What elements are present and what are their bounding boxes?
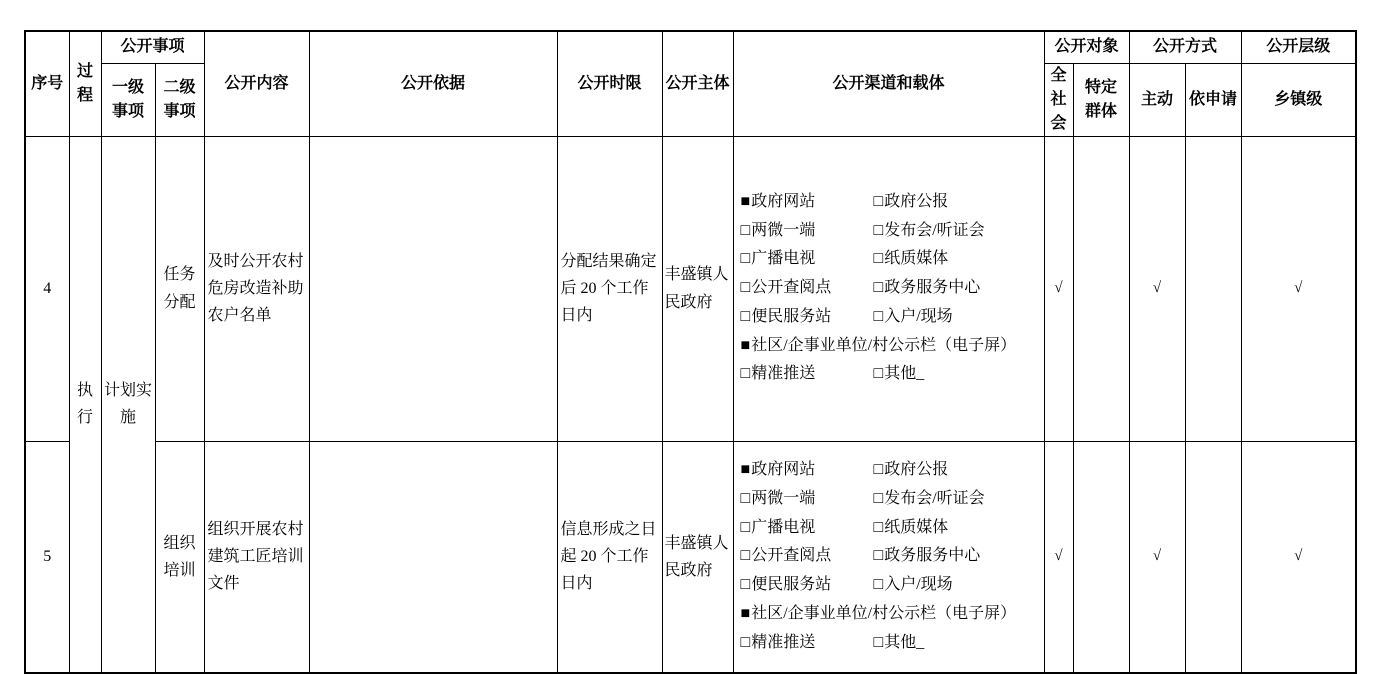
checkbox-empty-icon: □ — [741, 250, 751, 267]
checkbox-empty-icon: □ — [741, 365, 751, 382]
channel-label: 便民服务站 — [751, 576, 831, 593]
specific-groups-check — [1073, 441, 1129, 673]
channel-item: ■政府网站 — [741, 456, 874, 485]
table-row: 4 执行 计划实施 任务分配 及时公开农村危房改造补助农户名单 分配结果确定后 … — [25, 136, 1356, 441]
channel-label: 纸质媒体 — [884, 250, 948, 267]
checkbox-empty-icon: □ — [874, 308, 884, 325]
channel-label: 其他_ — [884, 365, 924, 382]
checkbox-empty-icon: □ — [874, 461, 884, 478]
checkbox-empty-icon: □ — [874, 193, 884, 210]
process-cell: 执行 — [69, 136, 101, 673]
channels-list: ■政府网站 □政府公报 □两微一端 □发布会/听证会 □广播电视 □纸质媒体 □… — [741, 188, 1042, 390]
channel-item: □广播电视 — [741, 245, 874, 274]
subject-cell: 丰盛镇人民政府 — [662, 136, 733, 441]
checkbox-empty-icon: □ — [741, 547, 751, 564]
channel-item: □公开查阅点 — [741, 542, 874, 571]
township-level-check: √ — [1241, 441, 1356, 673]
on-request-check — [1185, 441, 1241, 673]
checkbox-empty-icon: □ — [874, 576, 884, 593]
channels-cell: ■政府网站 □政府公报 □两微一端 □发布会/听证会 □广播电视 □纸质媒体 □… — [733, 441, 1044, 673]
channel-item: □入户/现场 — [874, 303, 1042, 332]
channel-label: 政务服务中心 — [884, 279, 980, 296]
channel-item: □政府公报 — [874, 188, 1042, 217]
channel-item: □公开查阅点 — [741, 274, 874, 303]
checkbox-empty-icon: □ — [874, 279, 884, 296]
col-header-disclosure-items: 公开事项 — [101, 31, 204, 63]
channel-item: ■政府网站 — [741, 188, 874, 217]
channel-item: ■社区/企事业单位/村公示栏（电子屏） — [741, 332, 1042, 361]
channel-item: □发布会/听证会 — [874, 217, 1042, 246]
table-row: 5 组织培训 组织开展农村建筑工匠培训文件 信息形成之日起 20 个工作日内 丰… — [25, 441, 1356, 673]
col-header-content: 公开内容 — [204, 31, 309, 136]
checkbox-checked-icon: ■ — [741, 337, 751, 354]
channel-label: 发布会/听证会 — [884, 222, 984, 239]
col-header-serial: 序号 — [25, 31, 69, 136]
document-page: 序号 过程 公开事项 公开内容 公开依据 公开时限 公开主体 公开渠道和载体 公… — [0, 0, 1375, 674]
col-header-on-request: 依申请 — [1185, 63, 1241, 136]
time-limit-cell: 分配结果确定后 20 个工作日内 — [557, 136, 662, 441]
channel-item: □两微一端 — [741, 485, 874, 514]
whole-society-check: √ — [1044, 136, 1073, 441]
header-row-top: 序号 过程 公开事项 公开内容 公开依据 公开时限 公开主体 公开渠道和载体 公… — [25, 31, 1356, 63]
channel-item: □精准推送 — [741, 629, 874, 658]
col-header-specific-groups: 特定群体 — [1073, 63, 1129, 136]
col-header-level: 公开层级 — [1241, 31, 1356, 63]
col-header-time-limit: 公开时限 — [557, 31, 662, 136]
serial-cell: 4 — [25, 136, 69, 441]
channel-item: □便民服务站 — [741, 303, 874, 332]
on-request-check — [1185, 136, 1241, 441]
level2-item-cell: 任务分配 — [155, 136, 204, 441]
channel-label: 政务服务中心 — [884, 547, 980, 564]
channel-label: 政府网站 — [751, 461, 815, 478]
checkbox-empty-icon: □ — [741, 279, 751, 296]
checkbox-checked-icon: ■ — [741, 605, 751, 622]
channel-item: □政府公报 — [874, 456, 1042, 485]
content-cell: 及时公开农村危房改造补助农户名单 — [204, 136, 309, 441]
col-header-whole-society: 全社会 — [1044, 63, 1073, 136]
proactive-check: √ — [1129, 441, 1185, 673]
channel-item: □政务服务中心 — [874, 542, 1042, 571]
channel-label: 入户/现场 — [884, 576, 952, 593]
channel-item: □发布会/听证会 — [874, 485, 1042, 514]
proactive-check: √ — [1129, 136, 1185, 441]
channels-list: ■政府网站 □政府公报 □两微一端 □发布会/听证会 □广播电视 □纸质媒体 □… — [741, 456, 1042, 658]
col-header-subject: 公开主体 — [662, 31, 733, 136]
checkbox-empty-icon: □ — [741, 490, 751, 507]
channel-label: 政府公报 — [884, 193, 948, 210]
legal-basis-cell — [309, 441, 557, 673]
channel-item: □广播电视 — [741, 514, 874, 543]
channel-label: 便民服务站 — [751, 308, 831, 325]
checkbox-empty-icon: □ — [874, 365, 884, 382]
level1-item-cell: 计划实施 — [101, 136, 155, 673]
channel-label: 发布会/听证会 — [884, 490, 984, 507]
township-level-check: √ — [1241, 136, 1356, 441]
checkbox-empty-icon: □ — [874, 547, 884, 564]
channel-label: 两微一端 — [751, 490, 815, 507]
checkbox-empty-icon: □ — [741, 634, 751, 651]
checkbox-empty-icon: □ — [874, 222, 884, 239]
checkbox-empty-icon: □ — [874, 250, 884, 267]
channel-label: 精准推送 — [751, 365, 815, 382]
legal-basis-cell — [309, 136, 557, 441]
channel-item: □纸质媒体 — [874, 245, 1042, 274]
checkbox-checked-icon: ■ — [741, 193, 751, 210]
channel-item: □入户/现场 — [874, 571, 1042, 600]
col-header-method: 公开方式 — [1129, 31, 1241, 63]
col-header-basis: 公开依据 — [309, 31, 557, 136]
channel-label: 社区/企事业单位/村公示栏（电子屏） — [751, 337, 1016, 354]
checkbox-empty-icon: □ — [874, 519, 884, 536]
channel-label: 社区/企事业单位/村公示栏（电子屏） — [751, 605, 1016, 622]
time-limit-cell: 信息形成之日起 20 个工作日内 — [557, 441, 662, 673]
checkbox-empty-icon: □ — [741, 222, 751, 239]
channel-item: □两微一端 — [741, 217, 874, 246]
col-header-audience: 公开对象 — [1044, 31, 1129, 63]
channel-label: 入户/现场 — [884, 308, 952, 325]
channel-label: 精准推送 — [751, 634, 815, 651]
whole-society-check: √ — [1044, 441, 1073, 673]
channel-label: 政府网站 — [751, 193, 815, 210]
channel-label: 政府公报 — [884, 461, 948, 478]
channel-item: □政务服务中心 — [874, 274, 1042, 303]
disclosure-table: 序号 过程 公开事项 公开内容 公开依据 公开时限 公开主体 公开渠道和载体 公… — [24, 30, 1357, 674]
specific-groups-check — [1073, 136, 1129, 441]
col-header-township-level: 乡镇级 — [1241, 63, 1356, 136]
channel-label: 公开查阅点 — [751, 279, 831, 296]
channel-label: 广播电视 — [751, 519, 815, 536]
content-cell: 组织开展农村建筑工匠培训文件 — [204, 441, 309, 673]
checkbox-empty-icon: □ — [874, 634, 884, 651]
channel-label: 广播电视 — [751, 250, 815, 267]
channel-label: 纸质媒体 — [884, 519, 948, 536]
subject-cell: 丰盛镇人民政府 — [662, 441, 733, 673]
channels-cell: ■政府网站 □政府公报 □两微一端 □发布会/听证会 □广播电视 □纸质媒体 □… — [733, 136, 1044, 441]
col-header-level1-item: 一级事项 — [101, 63, 155, 136]
channel-item: □便民服务站 — [741, 571, 874, 600]
checkbox-checked-icon: ■ — [741, 461, 751, 478]
checkbox-empty-icon: □ — [741, 576, 751, 593]
channel-item: □其他_ — [874, 629, 1042, 658]
channel-label: 公开查阅点 — [751, 547, 831, 564]
col-header-proactive: 主动 — [1129, 63, 1185, 136]
channel-item: □精准推送 — [741, 360, 874, 389]
channel-label: 两微一端 — [751, 222, 815, 239]
channel-item: □其他_ — [874, 360, 1042, 389]
checkbox-empty-icon: □ — [874, 490, 884, 507]
col-header-channels: 公开渠道和载体 — [733, 31, 1044, 136]
checkbox-empty-icon: □ — [741, 308, 751, 325]
level2-item-cell: 组织培训 — [155, 441, 204, 673]
checkbox-empty-icon: □ — [741, 519, 751, 536]
col-header-level2-item: 二级事项 — [155, 63, 204, 136]
col-header-process: 过程 — [69, 31, 101, 136]
channel-label: 其他_ — [884, 634, 924, 651]
serial-cell: 5 — [25, 441, 69, 673]
channel-item: □纸质媒体 — [874, 514, 1042, 543]
channel-item: ■社区/企事业单位/村公示栏（电子屏） — [741, 600, 1042, 629]
